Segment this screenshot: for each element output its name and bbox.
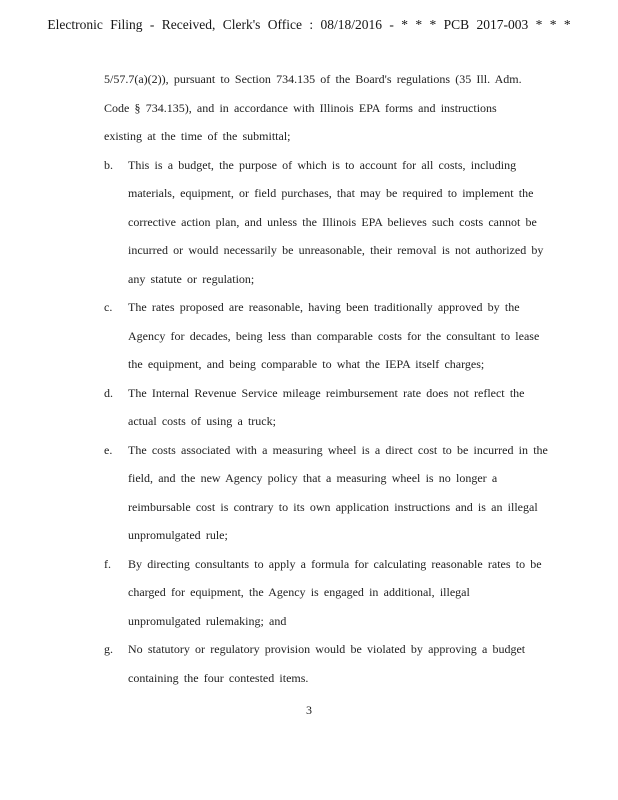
document-page: Electronic Filing - Received, Clerk's Of… xyxy=(0,0,618,800)
document-body: 5/57.7(a)(2)), pursuant to Section 734.1… xyxy=(104,65,594,692)
text-line: existing at the time of the submittal; xyxy=(104,122,594,151)
text-line: By directing consultants to apply a form… xyxy=(128,550,594,579)
text-line: incurred or would necessarily be unreaso… xyxy=(128,236,594,265)
list-item: f.By directing consultants to apply a fo… xyxy=(104,550,594,636)
text-line: field, and the new Agency policy that a … xyxy=(128,464,594,493)
page-number: 3 xyxy=(0,703,618,718)
text-line: materials, equipment, or field purchases… xyxy=(128,179,594,208)
text-line: containing the four contested items. xyxy=(128,664,594,693)
text-line: Agency for decades, being less than comp… xyxy=(128,322,594,351)
text-line: 5/57.7(a)(2)), pursuant to Section 734.1… xyxy=(104,65,594,94)
text-line: This is a budget, the purpose of which i… xyxy=(128,151,594,180)
lettered-list: b.This is a budget, the purpose of which… xyxy=(104,151,594,693)
list-item-text: No statutory or regulatory provision wou… xyxy=(128,635,594,692)
list-item-letter: b. xyxy=(104,151,128,180)
list-item: c.The rates proposed are reasonable, hav… xyxy=(104,293,594,379)
text-line: The Internal Revenue Service mileage rei… xyxy=(128,379,594,408)
electronic-filing-header: Electronic Filing - Received, Clerk's Of… xyxy=(0,17,618,33)
list-item: d.The Internal Revenue Service mileage r… xyxy=(104,379,594,436)
list-item-letter: e. xyxy=(104,436,128,465)
list-item-text: By directing consultants to apply a form… xyxy=(128,550,594,636)
paragraph-continuation: 5/57.7(a)(2)), pursuant to Section 734.1… xyxy=(104,65,594,151)
text-line: any statute or regulation; xyxy=(128,265,594,294)
list-item-letter: g. xyxy=(104,635,128,664)
text-line: charged for equipment, the Agency is eng… xyxy=(128,578,594,607)
text-line: reimbursable cost is contrary to its own… xyxy=(128,493,594,522)
text-line: corrective action plan, and unless the I… xyxy=(128,208,594,237)
list-item: e.The costs associated with a measuring … xyxy=(104,436,594,550)
text-line: unpromulgated rulemaking; and xyxy=(128,607,594,636)
list-item: b.This is a budget, the purpose of which… xyxy=(104,151,594,294)
list-item-text: The Internal Revenue Service mileage rei… xyxy=(128,379,594,436)
list-item-letter: c. xyxy=(104,293,128,322)
list-item: g.No statutory or regulatory provision w… xyxy=(104,635,594,692)
text-line: No statutory or regulatory provision wou… xyxy=(128,635,594,664)
list-item-text: The rates proposed are reasonable, havin… xyxy=(128,293,594,379)
text-line: unpromulgated rule; xyxy=(128,521,594,550)
text-line: Code § 734.135), and in accordance with … xyxy=(104,94,594,123)
text-line: the equipment, and being comparable to w… xyxy=(128,350,594,379)
list-item-text: The costs associated with a measuring wh… xyxy=(128,436,594,550)
text-line: The costs associated with a measuring wh… xyxy=(128,436,594,465)
list-item-letter: d. xyxy=(104,379,128,408)
text-line: actual costs of using a truck; xyxy=(128,407,594,436)
list-item-text: This is a budget, the purpose of which i… xyxy=(128,151,594,294)
list-item-letter: f. xyxy=(104,550,128,579)
text-line: The rates proposed are reasonable, havin… xyxy=(128,293,594,322)
